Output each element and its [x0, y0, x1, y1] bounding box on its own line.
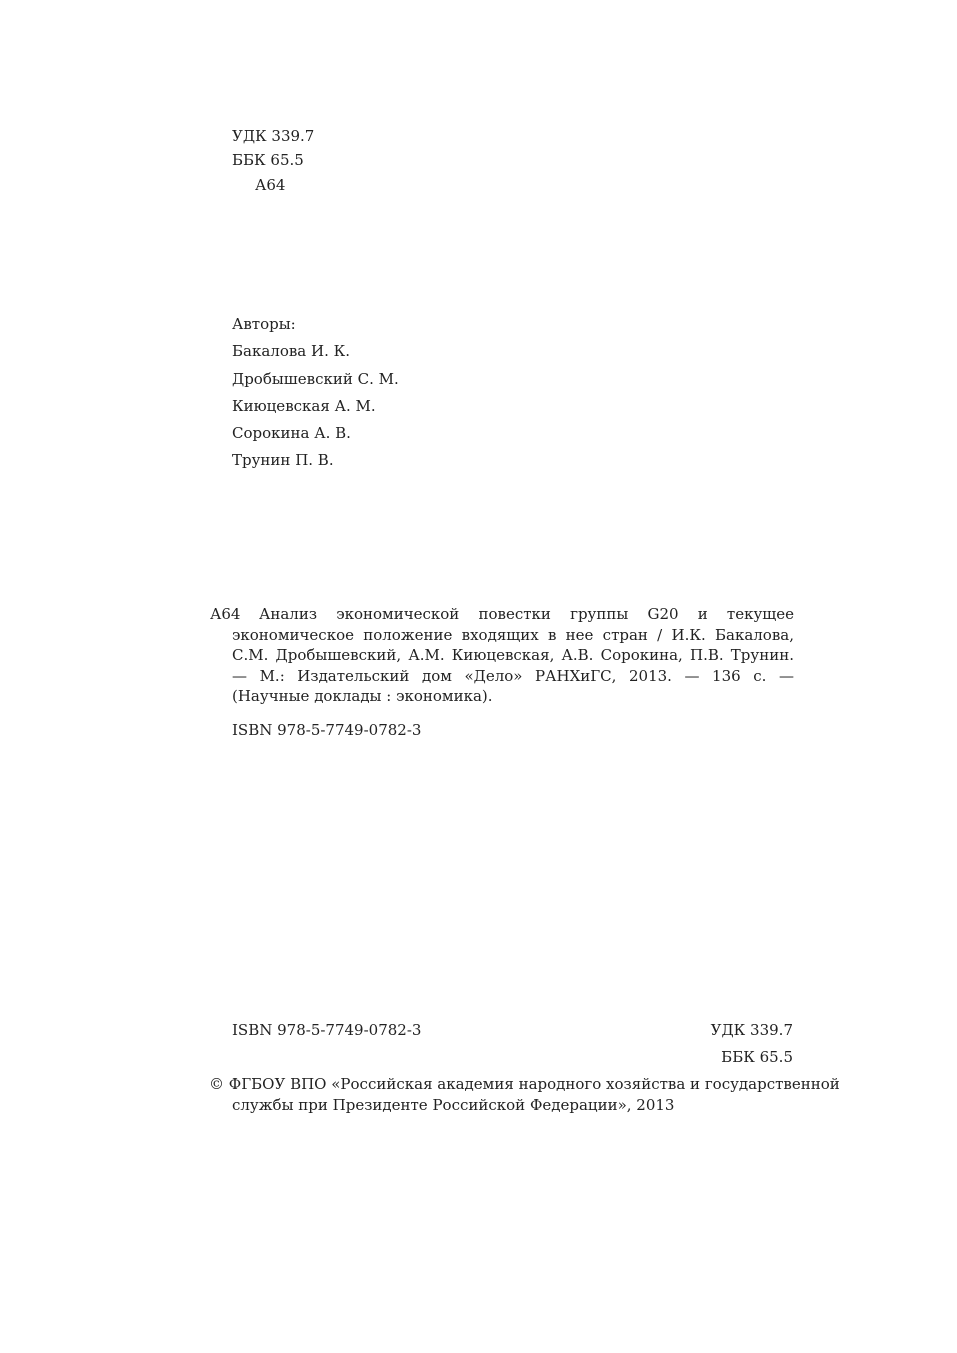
- authors-block: Авторы: Бакалова И. К. Дробышевский С. М…: [232, 311, 399, 475]
- author-name: Сорокина А. В.: [232, 420, 399, 447]
- copyright-line: службы при Президенте Российской Федерац…: [209, 1095, 799, 1116]
- footer-isbn: ISBN 978-5-7749-0782-3: [232, 1020, 421, 1040]
- author-name: Киюцевская А. М.: [232, 393, 399, 420]
- isbn: ISBN 978-5-7749-0782-3: [232, 720, 421, 740]
- author-name: Бакалова И. К.: [232, 338, 399, 365]
- author-name: Дробышевский С. М.: [232, 366, 399, 393]
- footer-udk-code: УДК 339.7: [711, 1020, 793, 1040]
- author-mark: А64: [255, 175, 285, 195]
- bbk-code: ББК 65.5: [232, 150, 304, 170]
- copyright-notice: © ФГБОУ ВПО «Российская академия народно…: [209, 1074, 799, 1116]
- bibliographic-entry: А64 Анализ экономической повестки группы…: [210, 604, 794, 707]
- bibliographic-mark: А64: [210, 604, 240, 625]
- bibliographic-text: Анализ экономической повестки группы G20…: [232, 604, 794, 707]
- author-name: Трунин П. В.: [232, 447, 399, 474]
- footer-bbk-code: ББК 65.5: [721, 1047, 793, 1067]
- copyright-line: © ФГБОУ ВПО «Российская академия народно…: [209, 1074, 799, 1095]
- authors-label: Авторы:: [232, 311, 399, 338]
- udk-code: УДК 339.7: [232, 126, 314, 146]
